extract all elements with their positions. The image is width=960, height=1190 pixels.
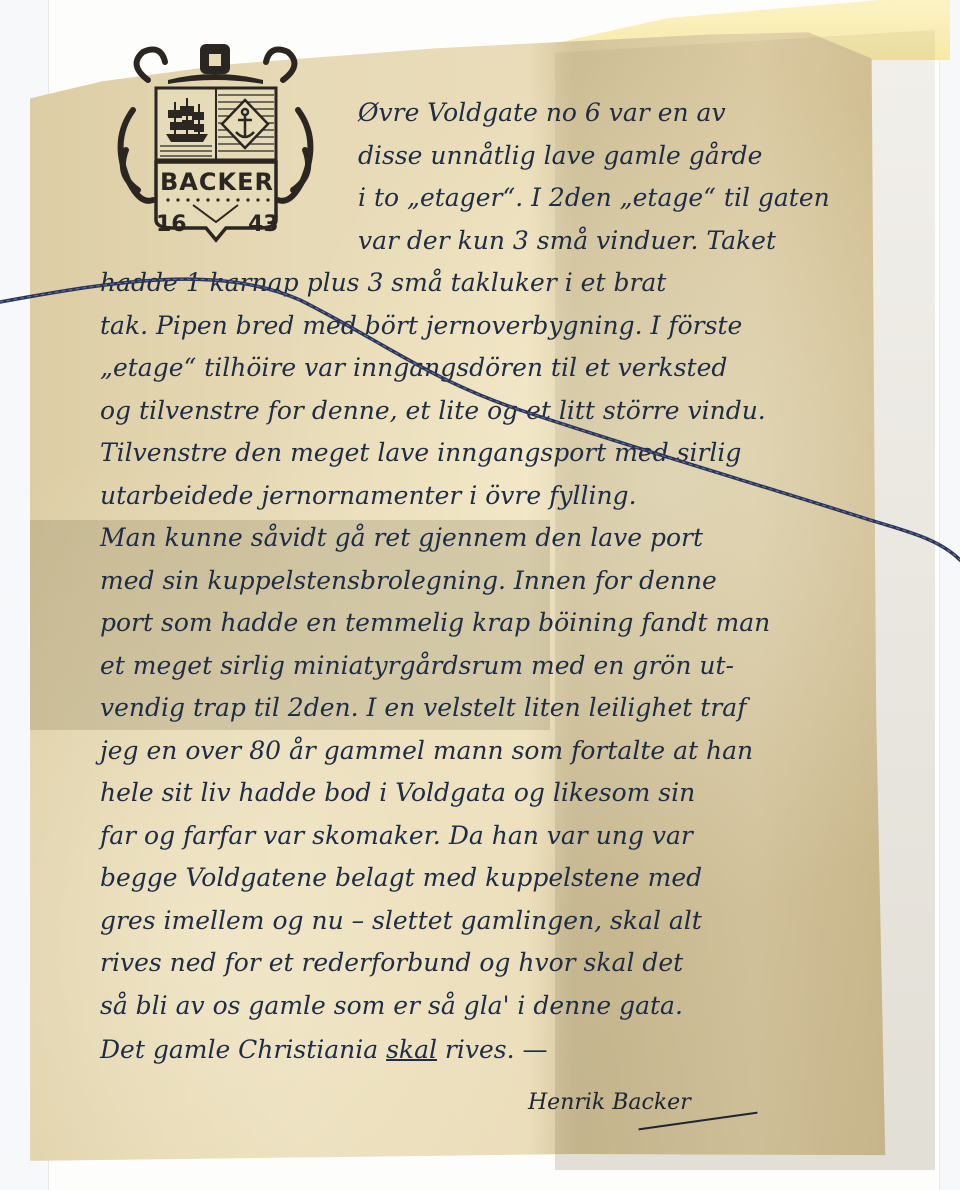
letter-line: Øvre Voldgate no 6 var en av (100, 92, 930, 135)
letter-line: og tilvenstre for denne, et lite og et l… (100, 390, 930, 433)
letter-line: utarbeidede jernornamenter i övre fyllin… (100, 475, 930, 518)
letter-line: Tilvenstre den meget lave inngangsport m… (100, 432, 930, 475)
letter-line: far og farfar var skomaker. Da han var u… (100, 815, 930, 858)
letter-line: tak. Pipen bred med bört jernoverbygning… (100, 305, 930, 348)
letter-line: gres imellem og nu – slettet gamlingen, … (100, 900, 930, 943)
letter-line: var der kun 3 små vinduer. Taket (100, 220, 930, 263)
closing-emphasis: skal (386, 1035, 437, 1064)
letter-line: hadde 1 karnap plus 3 små takluker i et … (100, 262, 930, 305)
letter-body: Øvre Voldgate no 6 var en av disse unnåt… (100, 92, 930, 1072)
letter-line: i to „etager“. I 2den „etage“ til gaten (100, 177, 930, 220)
closing-text-before: Det gamle Christiania (100, 1035, 386, 1064)
letter-line: port som hadde en temmelig krap böining … (100, 602, 930, 645)
letter-line: „etage“ tilhöire var inngangsdören til e… (100, 347, 930, 390)
letter-line: med sin kuppelstensbrolegning. Innen for… (100, 560, 930, 603)
letter-line: Man kunne såvidt gå ret gjennem den lave… (100, 517, 930, 560)
letter-line: så bli av os gamle som er så gla' i denn… (100, 985, 930, 1028)
closing-line: Det gamle Christiania skal rives. — (100, 1029, 930, 1072)
letter-line: rives ned for et rederforbund og hvor sk… (100, 942, 930, 985)
letter-line: disse unnåtlig lave gamle gårde (100, 135, 930, 178)
signature: Henrik Backer (528, 1090, 691, 1115)
letter-line: et meget sirlig miniatyrgårdsrum med en … (100, 645, 930, 688)
letter-line: vendig trap til 2den. I en velstelt lite… (100, 687, 930, 730)
letter-line: hele sit liv hadde bod i Voldgata og lik… (100, 772, 930, 815)
letter-line: jeg en over 80 år gammel mann som fortal… (100, 730, 930, 773)
closing-text-after: rives. — (437, 1035, 548, 1064)
letter-line: begge Voldgatene belagt med kuppelstene … (100, 857, 930, 900)
